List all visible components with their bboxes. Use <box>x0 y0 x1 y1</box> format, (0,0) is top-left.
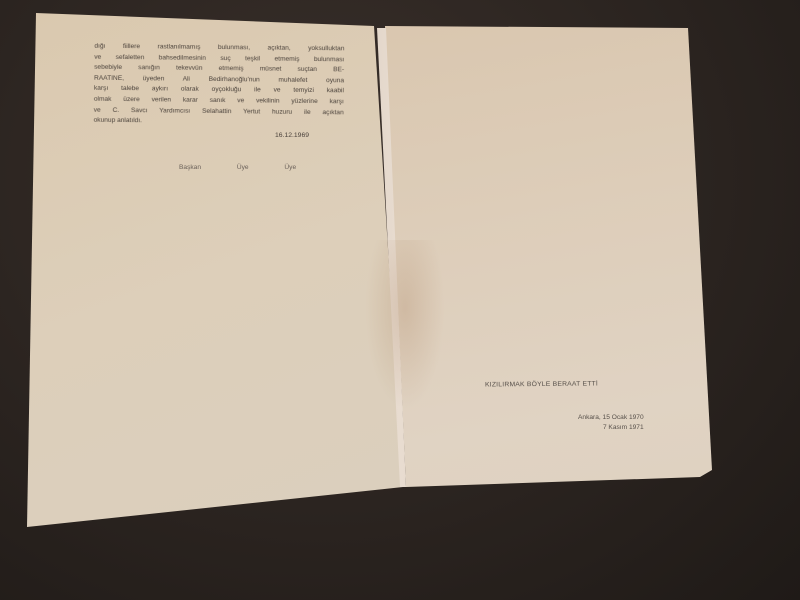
place-date: Ankara, 15 Ocak 1970 7 Kasım 1971 <box>578 413 644 433</box>
water-stain <box>365 240 445 410</box>
court-decision-paragraph: dığı fiillere rastlanılmamış bulunması, … <box>94 42 345 129</box>
book-title: KIZILIRMAK BÖYLE BERAAT ETTİ <box>485 381 598 389</box>
signature-member: Üye <box>284 164 296 171</box>
decision-date: 16.12.1969 <box>275 132 309 139</box>
signature-president: Başkan <box>179 164 201 171</box>
second-date-line: 7 Kasım 1971 <box>578 423 644 433</box>
place-date-line: Ankara, 15 Ocak 1970 <box>578 413 644 423</box>
signature-member: Üye <box>237 164 249 171</box>
signature-line: Başkan Üye Üye <box>179 164 330 171</box>
